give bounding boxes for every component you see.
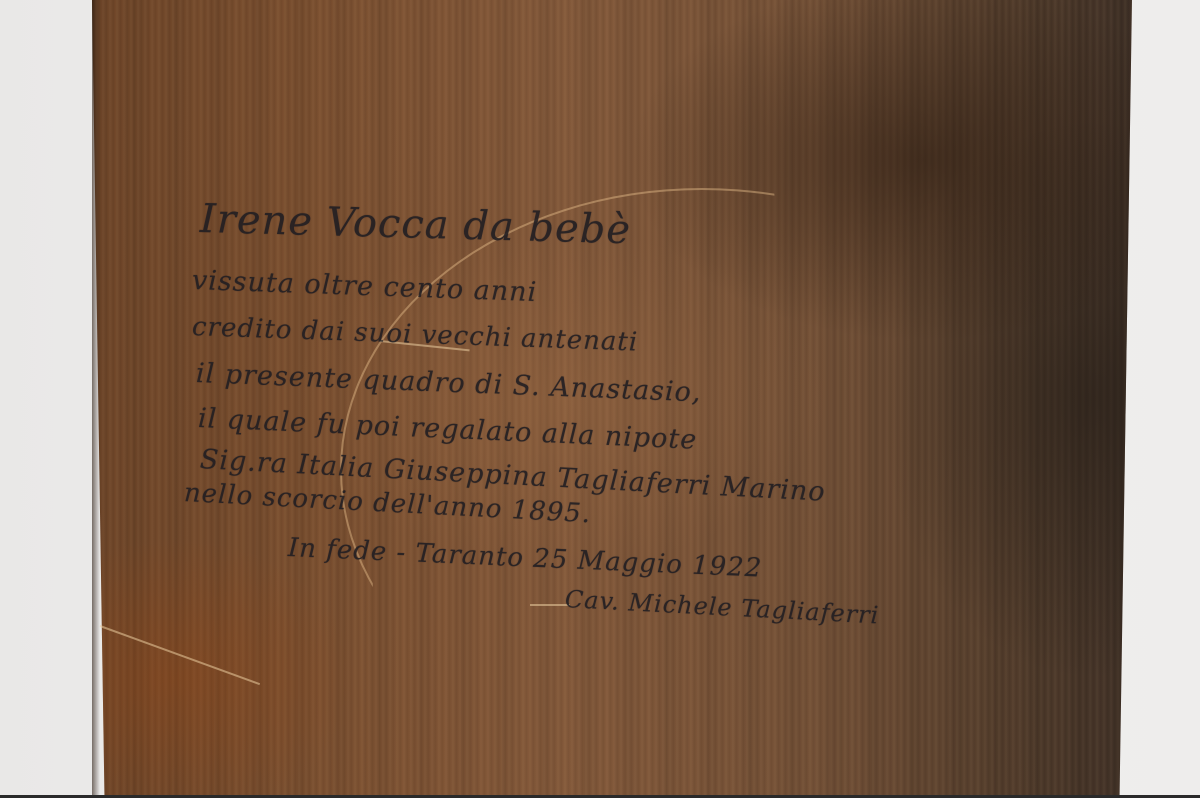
- inscription-line-2: vissuta oltre cento anni: [191, 265, 537, 308]
- handwritten-inscription: Irene Vocca da bebè vissuta oltre cento …: [0, 0, 1200, 798]
- inscription-line-1: Irene Vocca da bebè: [199, 196, 631, 253]
- inscription-line-3: credito dai suoi vecchi antenati: [191, 312, 638, 358]
- inscription-signature: Cav. Michele Tagliaferri: [564, 585, 880, 629]
- inscription-line-place-date: In fede - Taranto 25 Maggio 1922: [287, 533, 763, 584]
- inscription-line-4: il presente quadro di S. Anastasio,: [195, 358, 702, 408]
